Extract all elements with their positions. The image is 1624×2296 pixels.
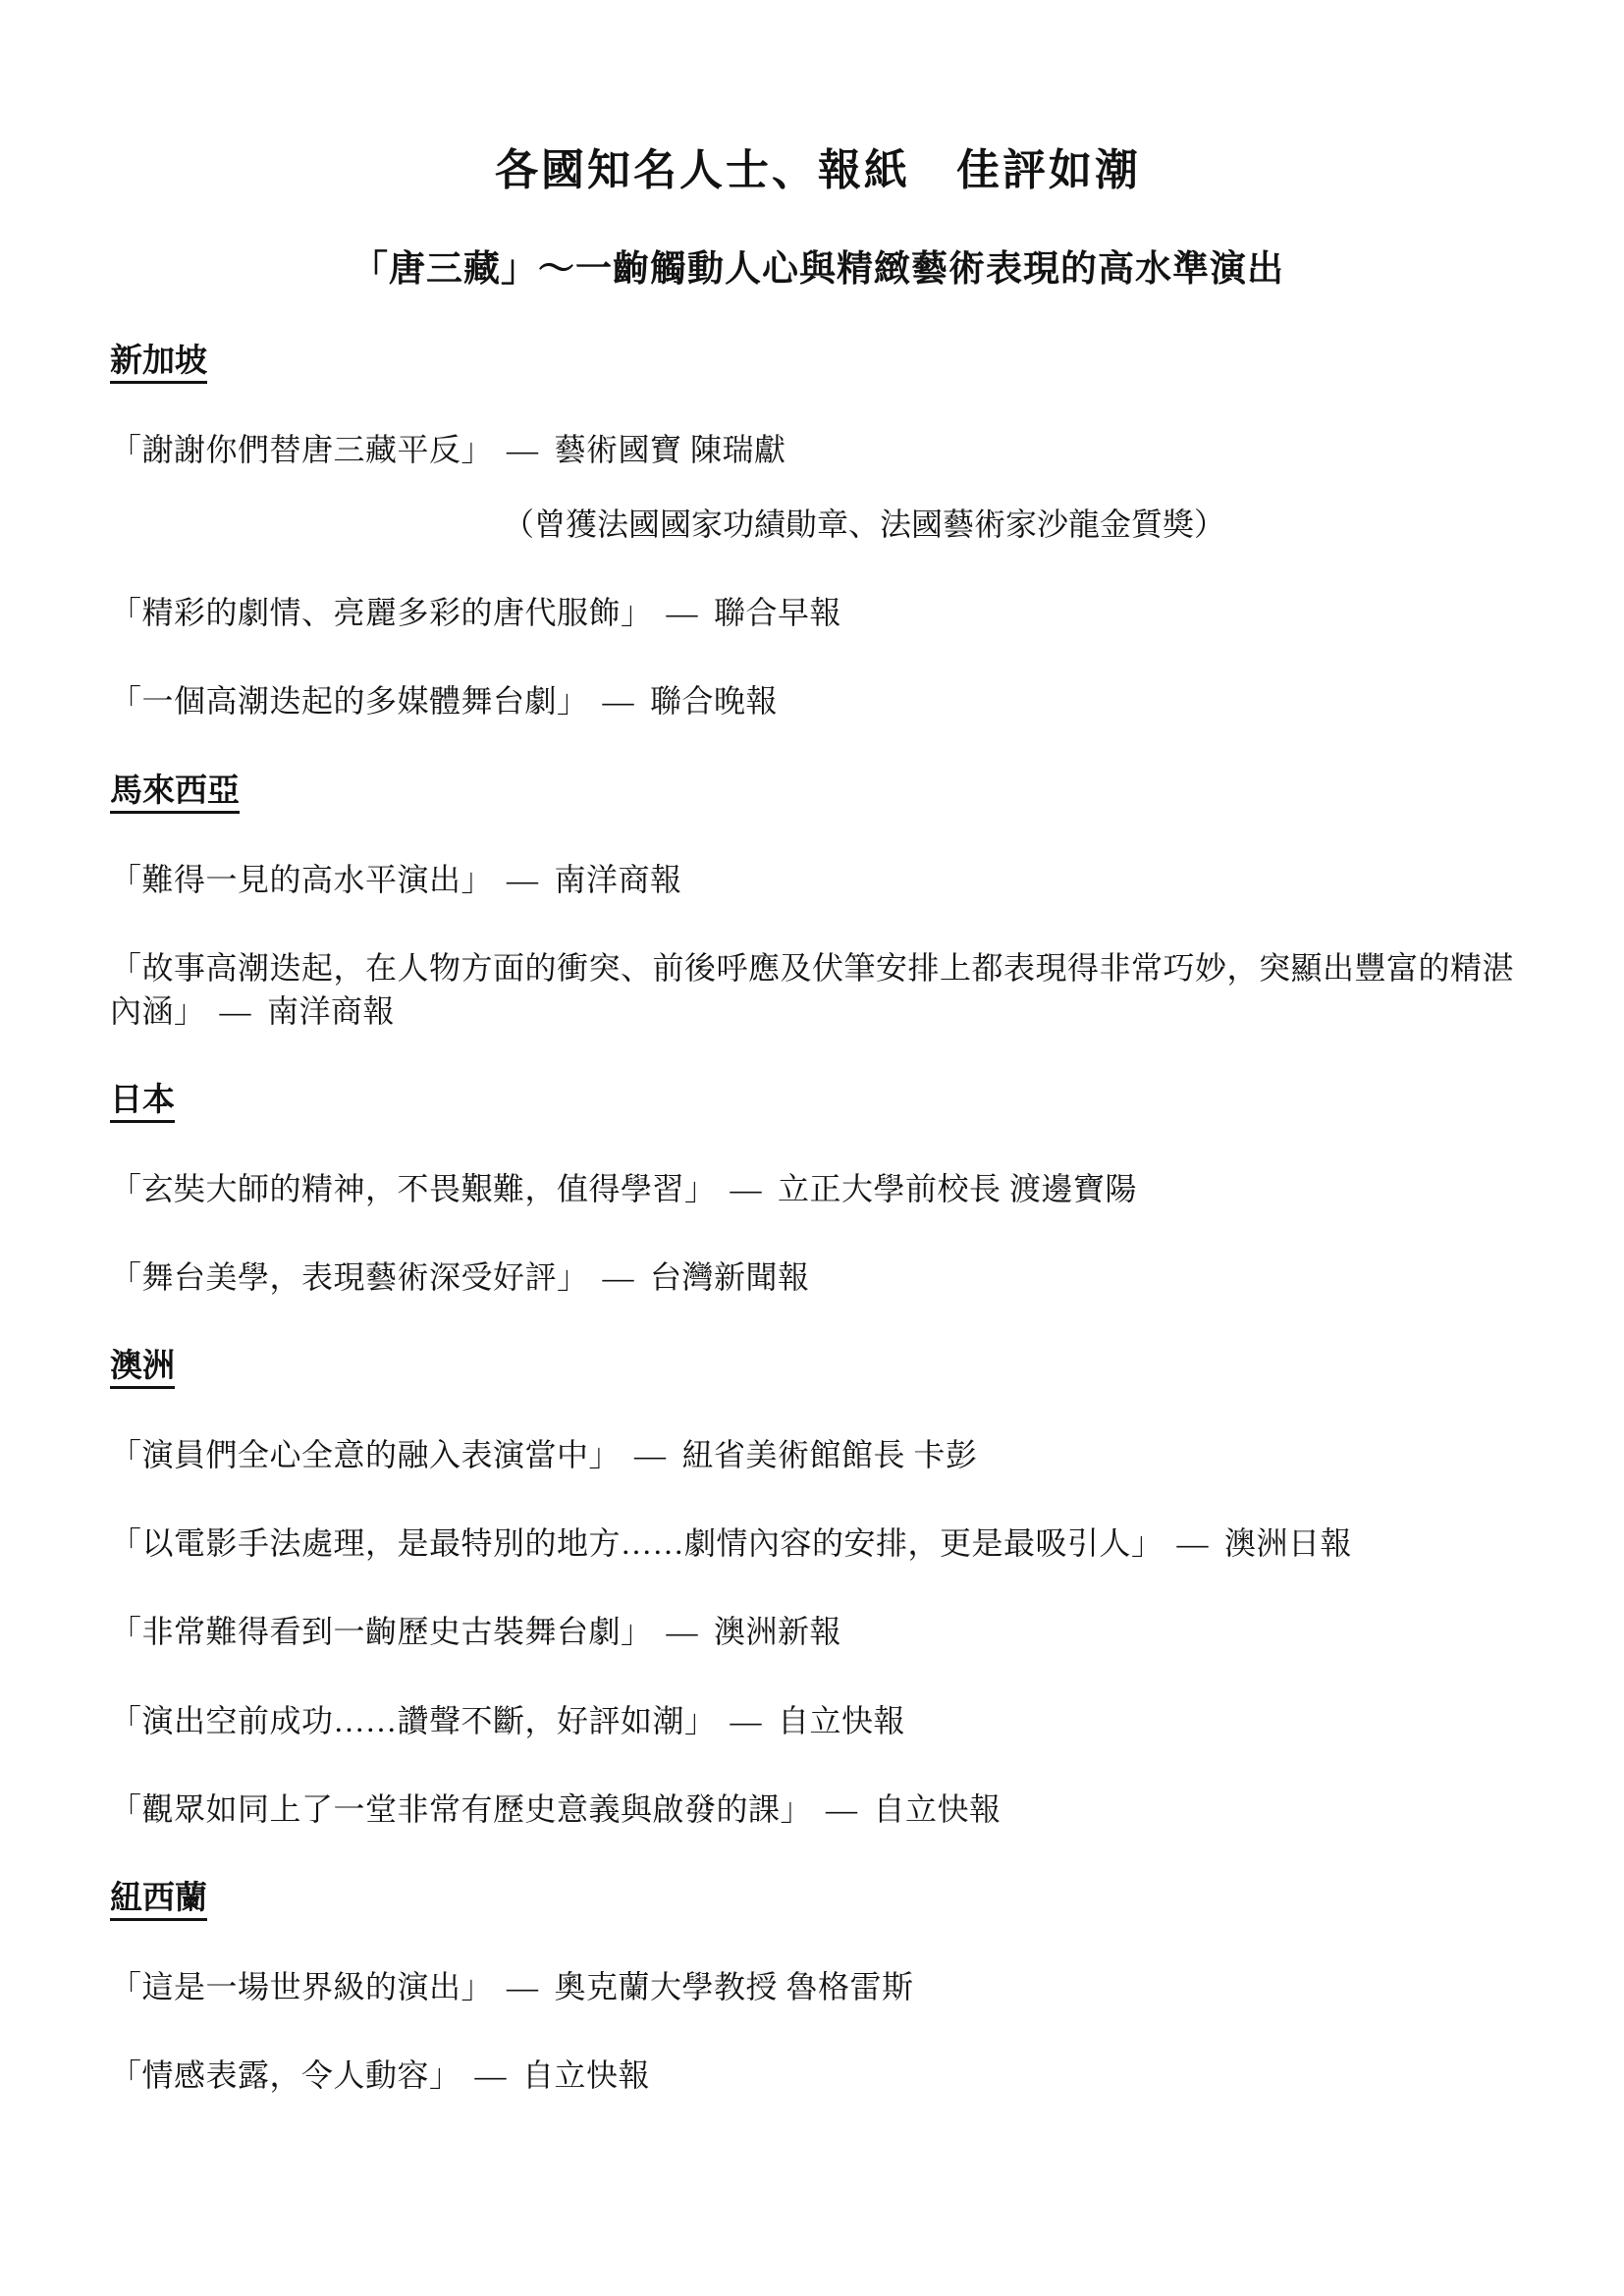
quote-text: 「演員們全心全意的融入表演當中」 bbox=[110, 1437, 621, 1472]
quote-text: 「精彩的劇情、亮麗多彩的唐代服飾」 bbox=[110, 595, 653, 630]
section-heading: 日本 bbox=[110, 1080, 1526, 1122]
section-heading-label: 日本 bbox=[110, 1083, 175, 1123]
section-heading: 澳洲 bbox=[110, 1346, 1526, 1388]
quote-dash: — bbox=[220, 989, 252, 1033]
quote-text: 「這是一場世界級的演出」 bbox=[110, 1969, 493, 2004]
quote-block: 「玄奘大師的精神，不畏艱難，值得學習」—立正大學前校長 渡邊寶陽 bbox=[110, 1167, 1526, 1210]
quote-dash: — bbox=[826, 1788, 858, 1831]
quote-attribution: 聯合早報 bbox=[714, 595, 841, 630]
quote-block: 「一個高潮迭起的多媒體舞台劇」—聯合晚報 bbox=[110, 679, 1526, 722]
quote-line: 「一個高潮迭起的多媒體舞台劇」—聯合晚報 bbox=[110, 679, 1526, 722]
quote-line: 「以電影手法處理，是最特別的地方……劇情內容的安排，更是最吸引人」—澳洲日報 bbox=[110, 1522, 1526, 1565]
quote-dash: — bbox=[507, 1965, 539, 2008]
quote-attribution: 澳洲日報 bbox=[1224, 1525, 1352, 1561]
quote-line: 「演出空前成功……讚聲不斷，好評如潮」—自立快報 bbox=[110, 1699, 1526, 1742]
quote-block: 「情感表露，令人動容」—自立快報 bbox=[110, 2054, 1526, 2097]
quote-block: 「舞台美學，表現藝術深受好評」—台灣新聞報 bbox=[110, 1255, 1526, 1299]
quote-attribution: 自立快報 bbox=[522, 2057, 650, 2093]
quote-text: 「情感表露，令人動容」 bbox=[110, 2057, 461, 2093]
quote-dash: — bbox=[507, 428, 539, 471]
quote-text: 「舞台美學，表現藝術深受好評」 bbox=[110, 1259, 589, 1295]
quote-line: 「這是一場世界級的演出」—奧克蘭大學教授 魯格雷斯 bbox=[110, 1965, 1526, 2008]
quote-dash: — bbox=[634, 1433, 667, 1476]
country-section: 新加坡 「謝謝你們替唐三藏平反」—藝術國寶 陳瑞獻 （曾獲法國國家功績勛章、法國… bbox=[110, 341, 1526, 723]
quote-line: 「謝謝你們替唐三藏平反」—藝術國寶 陳瑞獻 bbox=[110, 428, 1526, 471]
quote-line: 「非常難得看到一齣歷史古裝舞台劇」—澳洲新報 bbox=[110, 1610, 1526, 1653]
quote-attribution: 自立快報 bbox=[778, 1703, 905, 1738]
sections-root: 新加坡 「謝謝你們替唐三藏平反」—藝術國寶 陳瑞獻 （曾獲法國國家功績勛章、法國… bbox=[110, 341, 1526, 2097]
section-quotes: 「謝謝你們替唐三藏平反」—藝術國寶 陳瑞獻 （曾獲法國國家功績勛章、法國藝術家沙… bbox=[110, 428, 1526, 723]
page-subtitle: 「唐三藏」～一齣觸動人心與精緻藝術表現的高水準演出 bbox=[110, 246, 1526, 294]
quote-dash: — bbox=[603, 679, 635, 722]
quote-line: 「精彩的劇情、亮麗多彩的唐代服飾」—聯合早報 bbox=[110, 591, 1526, 634]
quote-attribution: 南洋商報 bbox=[555, 862, 682, 897]
quote-dash: — bbox=[1177, 1522, 1210, 1565]
quote-line: 「演員們全心全意的融入表演當中」—紐省美術館館長 卡彭 bbox=[110, 1433, 1526, 1476]
section-heading: 新加坡 bbox=[110, 341, 1526, 383]
quote-text: 「非常難得看到一齣歷史古裝舞台劇」 bbox=[110, 1614, 653, 1649]
quote-attribution: 自立快報 bbox=[874, 1791, 1001, 1827]
section-quotes: 「演員們全心全意的融入表演當中」—紐省美術館館長 卡彭 「以電影手法處理，是最特… bbox=[110, 1433, 1526, 1831]
quote-attribution: 紐省美術館館長 卡彭 bbox=[682, 1437, 978, 1472]
section-heading-label: 新加坡 bbox=[110, 344, 207, 384]
section-quotes: 「玄奘大師的精神，不畏艱難，值得學習」—立正大學前校長 渡邊寶陽 「舞台美學，表… bbox=[110, 1167, 1526, 1299]
quote-attribution: 立正大學前校長 渡邊寶陽 bbox=[778, 1171, 1137, 1206]
quote-block: 「演員們全心全意的融入表演當中」—紐省美術館館長 卡彭 bbox=[110, 1433, 1526, 1476]
quote-line: 「舞台美學，表現藝術深受好評」—台灣新聞報 bbox=[110, 1255, 1526, 1299]
quote-attribution: 南洋商報 bbox=[267, 993, 395, 1029]
quote-text: 「謝謝你們替唐三藏平反」 bbox=[110, 432, 493, 467]
quote-block: 「故事高潮迭起，在人物方面的衝突、前後呼應及伏筆安排上都表現得非常巧妙，突顯出豐… bbox=[110, 946, 1526, 1033]
section-quotes: 「這是一場世界級的演出」—奧克蘭大學教授 魯格雷斯 「情感表露，令人動容」—自立… bbox=[110, 1965, 1526, 2097]
quote-text: 「一個高潮迭起的多媒體舞台劇」 bbox=[110, 683, 589, 719]
quote-dash: — bbox=[731, 1167, 763, 1210]
quote-dash: — bbox=[667, 1610, 699, 1653]
quote-text: 「玄奘大師的精神，不畏艱難，值得學習」 bbox=[110, 1171, 717, 1206]
quote-dash: — bbox=[667, 591, 699, 634]
quote-block: 「觀眾如同上了一堂非常有歷史意義與啟發的課」—自立快報 bbox=[110, 1788, 1526, 1831]
document-page: 各國知名人士、報紙 佳評如潮 「唐三藏」～一齣觸動人心與精緻藝術表現的高水準演出… bbox=[0, 0, 1624, 2296]
section-heading-label: 澳洲 bbox=[110, 1349, 175, 1389]
country-section: 澳洲 「演員們全心全意的融入表演當中」—紐省美術館館長 卡彭 「以電影手法處理，… bbox=[110, 1346, 1526, 1831]
quote-attribution: 澳洲新報 bbox=[714, 1614, 841, 1649]
quote-attribution: 聯合晚報 bbox=[650, 683, 778, 719]
section-heading: 馬來西亞 bbox=[110, 771, 1526, 813]
page-title: 各國知名人士、報紙 佳評如潮 bbox=[110, 143, 1526, 197]
quote-block: 「難得一見的高水平演出」—南洋商報 bbox=[110, 858, 1526, 901]
quote-text: 「觀眾如同上了一堂非常有歷史意義與啟發的課」 bbox=[110, 1791, 812, 1827]
quote-attribution: 藝術國寶 陳瑞獻 bbox=[555, 432, 786, 467]
quote-attribution: 奧克蘭大學教授 魯格雷斯 bbox=[555, 1969, 914, 2004]
section-quotes: 「難得一見的高水平演出」—南洋商報 「故事高潮迭起，在人物方面的衝突、前後呼應及… bbox=[110, 858, 1526, 1033]
quote-line: 「觀眾如同上了一堂非常有歷史意義與啟發的課」—自立快報 bbox=[110, 1788, 1526, 1831]
quote-dash: — bbox=[507, 858, 539, 901]
quote-line: 「情感表露，令人動容」—自立快報 bbox=[110, 2054, 1526, 2097]
quote-line: 「故事高潮迭起，在人物方面的衝突、前後呼應及伏筆安排上都表現得非常巧妙，突顯出豐… bbox=[110, 946, 1526, 1033]
quote-block: 「非常難得看到一齣歷史古裝舞台劇」—澳洲新報 bbox=[110, 1610, 1526, 1653]
country-section: 日本 「玄奘大師的精神，不畏艱難，值得學習」—立正大學前校長 渡邊寶陽 「舞台美… bbox=[110, 1080, 1526, 1299]
section-heading-label: 紐西蘭 bbox=[110, 1881, 207, 1921]
quote-line: 「難得一見的高水平演出」—南洋商報 bbox=[110, 858, 1526, 901]
quote-dash: — bbox=[475, 2054, 508, 2097]
quote-block: 「這是一場世界級的演出」—奧克蘭大學教授 魯格雷斯 bbox=[110, 1965, 1526, 2008]
quote-block: 「精彩的劇情、亮麗多彩的唐代服飾」—聯合早報 bbox=[110, 591, 1526, 634]
quote-text: 「演出空前成功……讚聲不斷，好評如潮」 bbox=[110, 1703, 717, 1738]
quote-attribution: 台灣新聞報 bbox=[650, 1259, 810, 1295]
quote-line: 「玄奘大師的精神，不畏艱難，值得學習」—立正大學前校長 渡邊寶陽 bbox=[110, 1167, 1526, 1210]
quote-dash: — bbox=[731, 1699, 763, 1742]
country-section: 馬來西亞 「難得一見的高水平演出」—南洋商報 「故事高潮迭起，在人物方面的衝突、… bbox=[110, 771, 1526, 1033]
quote-block: 「謝謝你們替唐三藏平反」—藝術國寶 陳瑞獻 （曾獲法國國家功績勛章、法國藝術家沙… bbox=[110, 428, 1526, 546]
quote-text: 「以電影手法處理，是最特別的地方……劇情內容的安排，更是最吸引人」 bbox=[110, 1525, 1164, 1561]
quote-text: 「難得一見的高水平演出」 bbox=[110, 862, 493, 897]
quote-dash: — bbox=[603, 1255, 635, 1299]
quote-note: （曾獲法國國家功績勛章、法國藝術家沙龍金質獎） bbox=[503, 503, 1526, 546]
quote-block: 「演出空前成功……讚聲不斷，好評如潮」—自立快報 bbox=[110, 1699, 1526, 1742]
country-section: 紐西蘭 「這是一場世界級的演出」—奧克蘭大學教授 魯格雷斯 「情感表露，令人動容… bbox=[110, 1878, 1526, 2097]
section-heading-label: 馬來西亞 bbox=[110, 774, 240, 814]
section-heading: 紐西蘭 bbox=[110, 1878, 1526, 1920]
quote-block: 「以電影手法處理，是最特別的地方……劇情內容的安排，更是最吸引人」—澳洲日報 bbox=[110, 1522, 1526, 1565]
